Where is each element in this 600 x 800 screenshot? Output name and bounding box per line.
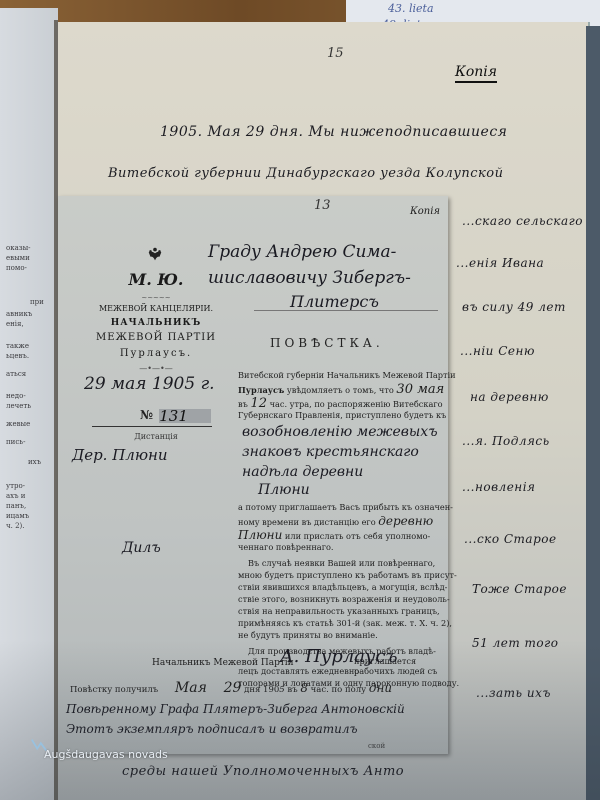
- handwritten-purpose: Плюни: [258, 482, 310, 498]
- receipt-ampm: дни: [369, 681, 392, 695]
- body-line: ствіи явившихся владѣльцевъ, а могущія, …: [238, 582, 447, 592]
- left-note: Дилъ: [122, 540, 161, 556]
- body-line: или прислать отъ себя уполномо-: [285, 531, 430, 541]
- handwritten-line: ...зать ихъ: [476, 686, 551, 700]
- party-title: МЕЖЕВОЙ ПАРТІИ: [58, 332, 254, 343]
- document-number: 131: [159, 409, 211, 423]
- body-line: ченнаго повѣреннаго.: [238, 542, 334, 552]
- body-line: въ: [238, 399, 248, 409]
- text-fragment: при: [30, 298, 44, 306]
- ornament-divider: ~~~~~: [58, 294, 254, 302]
- text-fragment: помо-: [6, 264, 27, 272]
- issue-date: 29 мая 1905 г.: [84, 374, 215, 394]
- text-fragment: ахъ и: [6, 492, 25, 500]
- body-line: увѣдомляетъ о томъ, что: [287, 385, 394, 395]
- distance-value: Дер. Плюни: [72, 446, 168, 464]
- body-line: примѣняясь къ статьѣ 301-й (зак. меж. т.…: [238, 618, 452, 628]
- body-line: не будутъ приняты во вниманіе.: [238, 630, 378, 640]
- text-fragment: пись-: [6, 438, 25, 446]
- note-line: 43. lieta: [388, 2, 434, 15]
- folio-number: 15: [327, 46, 344, 61]
- text-fragment: ч. 2).: [6, 522, 25, 530]
- receipt-handwritten: Этотъ экземпляръ подписалъ и возвратилъ: [66, 722, 357, 736]
- addressee-line: Граду Андрею Сима-: [208, 242, 396, 262]
- text-fragment: лечеть: [6, 402, 31, 410]
- handwritten-place: Плюни: [238, 528, 282, 542]
- divider: [92, 426, 212, 427]
- body-line: Витебской губерніи Начальникъ Межевой Па…: [238, 370, 456, 380]
- handwritten-line: 1905. Мая 29 дня. Мы нижеподписавшиеся: [160, 124, 507, 140]
- left-page-fragment: оказы- евыми помо- при авникъ енія, такж…: [0, 8, 58, 800]
- handwritten-line: Тоже Старое: [472, 582, 567, 596]
- distance-label: Дистанція: [58, 432, 254, 441]
- receipt-text: въ: [287, 685, 297, 695]
- handwritten-line: Витебской губернии Динабургскаго уезда К…: [108, 166, 503, 181]
- handwritten-purpose: возобновленію межевыхъ: [242, 424, 438, 440]
- chief-title: НАЧАЛЬНИКЪ: [58, 318, 254, 328]
- text-fragment: также: [6, 342, 29, 350]
- copy-label: Копія: [455, 64, 497, 83]
- handwritten-purpose: знаковъ крестьянскаго: [242, 444, 419, 460]
- handwritten-line: ...ніи Сеню: [460, 344, 535, 358]
- receipt-note: ской: [368, 742, 385, 750]
- receipt-year: 5: [279, 685, 284, 695]
- ornament-divider: —•—•—: [58, 364, 254, 373]
- handwritten-line: на деревню: [470, 390, 549, 404]
- office-name: МЕЖЕВОЙ КАНЦЕЛЯРІИ.: [58, 304, 254, 313]
- handwritten-line: среды нашей Уполномоченныхъ Анто: [122, 764, 404, 779]
- addressee-line: Плитерсъ: [290, 292, 379, 311]
- body-line: ствія на неправильность указанныхъ грани…: [238, 606, 440, 616]
- body-line: час. утра, по распоряженію Витебскаго: [270, 399, 443, 409]
- signature: А. Пурлаусъ: [280, 646, 397, 667]
- watermark-text: Augšdaugavas novads: [44, 748, 168, 761]
- chief-name: Пурлаусъ.: [58, 348, 254, 359]
- text-fragment: евыми: [6, 254, 30, 262]
- addressee-underline: [254, 310, 438, 311]
- handwritten-purpose: надѣла деревни: [242, 464, 363, 480]
- receipt-text: час. по полу: [311, 685, 367, 695]
- text-fragment: недо-: [6, 392, 26, 400]
- receipt-hour: 8: [300, 681, 308, 695]
- folio-number: 13: [314, 198, 331, 213]
- handwritten-date: 30 мая: [396, 382, 444, 397]
- text-fragment: оказы-: [6, 244, 31, 252]
- body-line: мною будетъ приступлено къ работамъ въ п…: [238, 570, 457, 580]
- copy-label: Копія: [410, 206, 440, 217]
- text-fragment: жевые: [6, 420, 30, 428]
- receipt-day: 29: [224, 680, 242, 696]
- text-fragment: ихъ: [28, 458, 41, 466]
- handwritten-line: ...новленія: [462, 480, 536, 494]
- text-fragment: авникъ: [6, 310, 32, 318]
- text-fragment: ьцевъ.: [6, 352, 29, 360]
- receipt-month: Мая: [175, 680, 207, 696]
- body-line: рабочихъ людей съ: [354, 666, 437, 676]
- handwritten-hour: 12: [250, 396, 267, 411]
- number-label: №: [140, 408, 153, 422]
- receipt-handwritten: Повѣренному Графа Плятеръ-Зиберга Антоно…: [66, 702, 405, 716]
- text-fragment: енія,: [6, 320, 24, 328]
- receipt-label: Повѣстку получилъ: [70, 685, 158, 695]
- text-fragment: ицамъ: [6, 512, 29, 520]
- summons-sheet: 13 Копія М. Ю. ~~~~~ МЕЖЕВОЙ КАНЦЕЛЯРІИ.…: [58, 196, 448, 754]
- body-line: ствіе этого, возникнуть возраженія и неу…: [238, 594, 450, 604]
- monogram: М. Ю.: [106, 270, 206, 289]
- handwritten-line: ...скаго сельскаго: [462, 214, 583, 228]
- handwritten-line: ...ско Старое: [464, 532, 557, 546]
- document-title: ПОВѢСТКА.: [270, 336, 384, 350]
- binder-edge: [586, 26, 600, 800]
- receipt-text: дня 190: [244, 685, 279, 695]
- text-fragment: утро-: [6, 482, 25, 490]
- chief-name-inline: Пурлаусъ: [238, 385, 284, 395]
- handwritten-line: 51 лет того: [472, 636, 558, 650]
- body-line: а потому приглашаетъ Васъ прибыть къ озн…: [238, 502, 453, 512]
- double-headed-eagle-icon: [146, 246, 164, 264]
- handwritten-line: въ силу 49 лет: [462, 300, 566, 314]
- handwritten-place: деревню: [378, 514, 433, 528]
- handwritten-line: ...енія Ивана: [456, 256, 544, 270]
- handwritten-line: ...я. Подлясь: [462, 434, 550, 448]
- text-fragment: панъ,: [6, 502, 26, 510]
- body-line: ному времени въ дистанцію его: [238, 517, 376, 527]
- addressee-line: шиславовичу Зибергъ-: [208, 268, 411, 288]
- body-line: Губернскаго Правленія, приступлено будет…: [238, 410, 446, 420]
- text-fragment: аться: [6, 370, 26, 378]
- body-line: Въ случаѣ неявки Вашей или повѣреннаго,: [248, 558, 435, 568]
- signature-label: Начальникъ Межевой Партіи: [152, 658, 294, 668]
